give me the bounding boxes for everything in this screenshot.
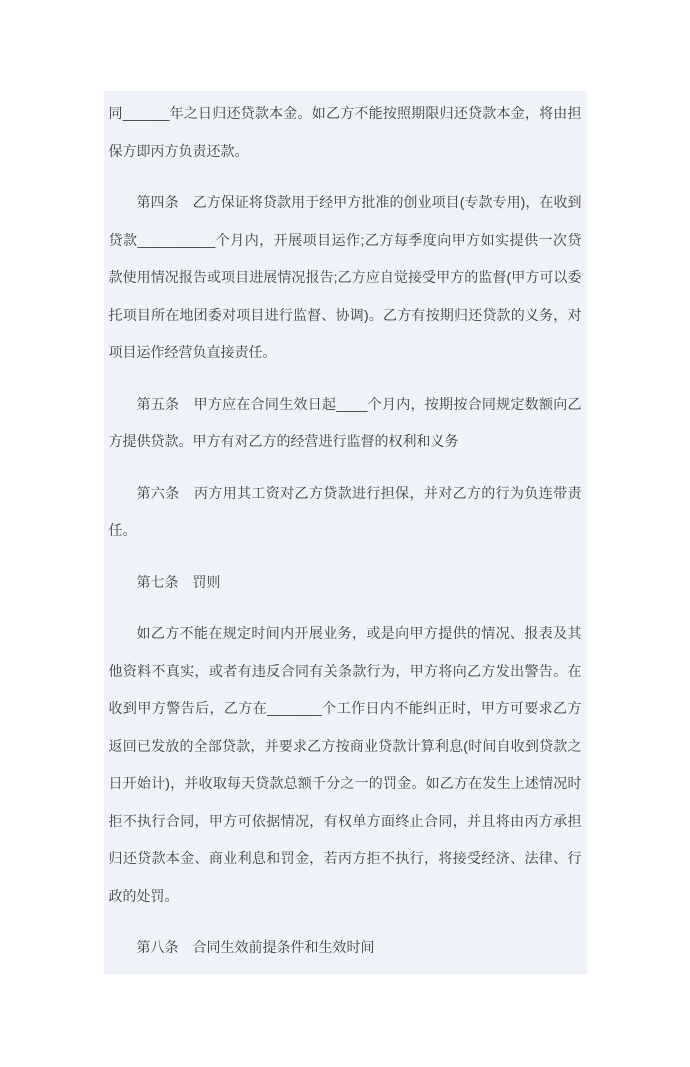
contract-paragraph-article-5: 第五条 甲方应在合同生效日起____个月内，按期按合同规定数额向乙方提供贷款。甲… <box>109 386 582 461</box>
contract-paragraph-continuation: 同______年之日归还贷款本金。如乙方不能按照期限归还贷款本金，将由担保方即丙… <box>109 95 582 170</box>
contract-paragraph-article-8: 第八条 合同生效前提条件和生效时间 <box>109 929 582 967</box>
contract-paragraph-article-4: 第四条 乙方保证将贷款用于经甲方批准的创业项目(专款专用)，在收到贷款_____… <box>109 184 582 372</box>
contract-paragraph-article-7: 第七条 罚则 <box>109 564 582 602</box>
contract-paragraph-penalty: 如乙方不能在规定时间内开展业务，或是向甲方提供的情况、报表及其他资料不真实，或者… <box>109 615 582 915</box>
contract-sheet: 同______年之日归还贷款本金。如乙方不能按照期限归还贷款本金，将由担保方即丙… <box>104 91 587 974</box>
contract-paragraph-article-6: 第六条 丙方用其工资对乙方贷款进行担保，并对乙方的行为负连带责任。 <box>109 475 582 550</box>
document-page: 同______年之日归还贷款本金。如乙方不能按照期限归还贷款本金，将由担保方即丙… <box>0 91 690 974</box>
